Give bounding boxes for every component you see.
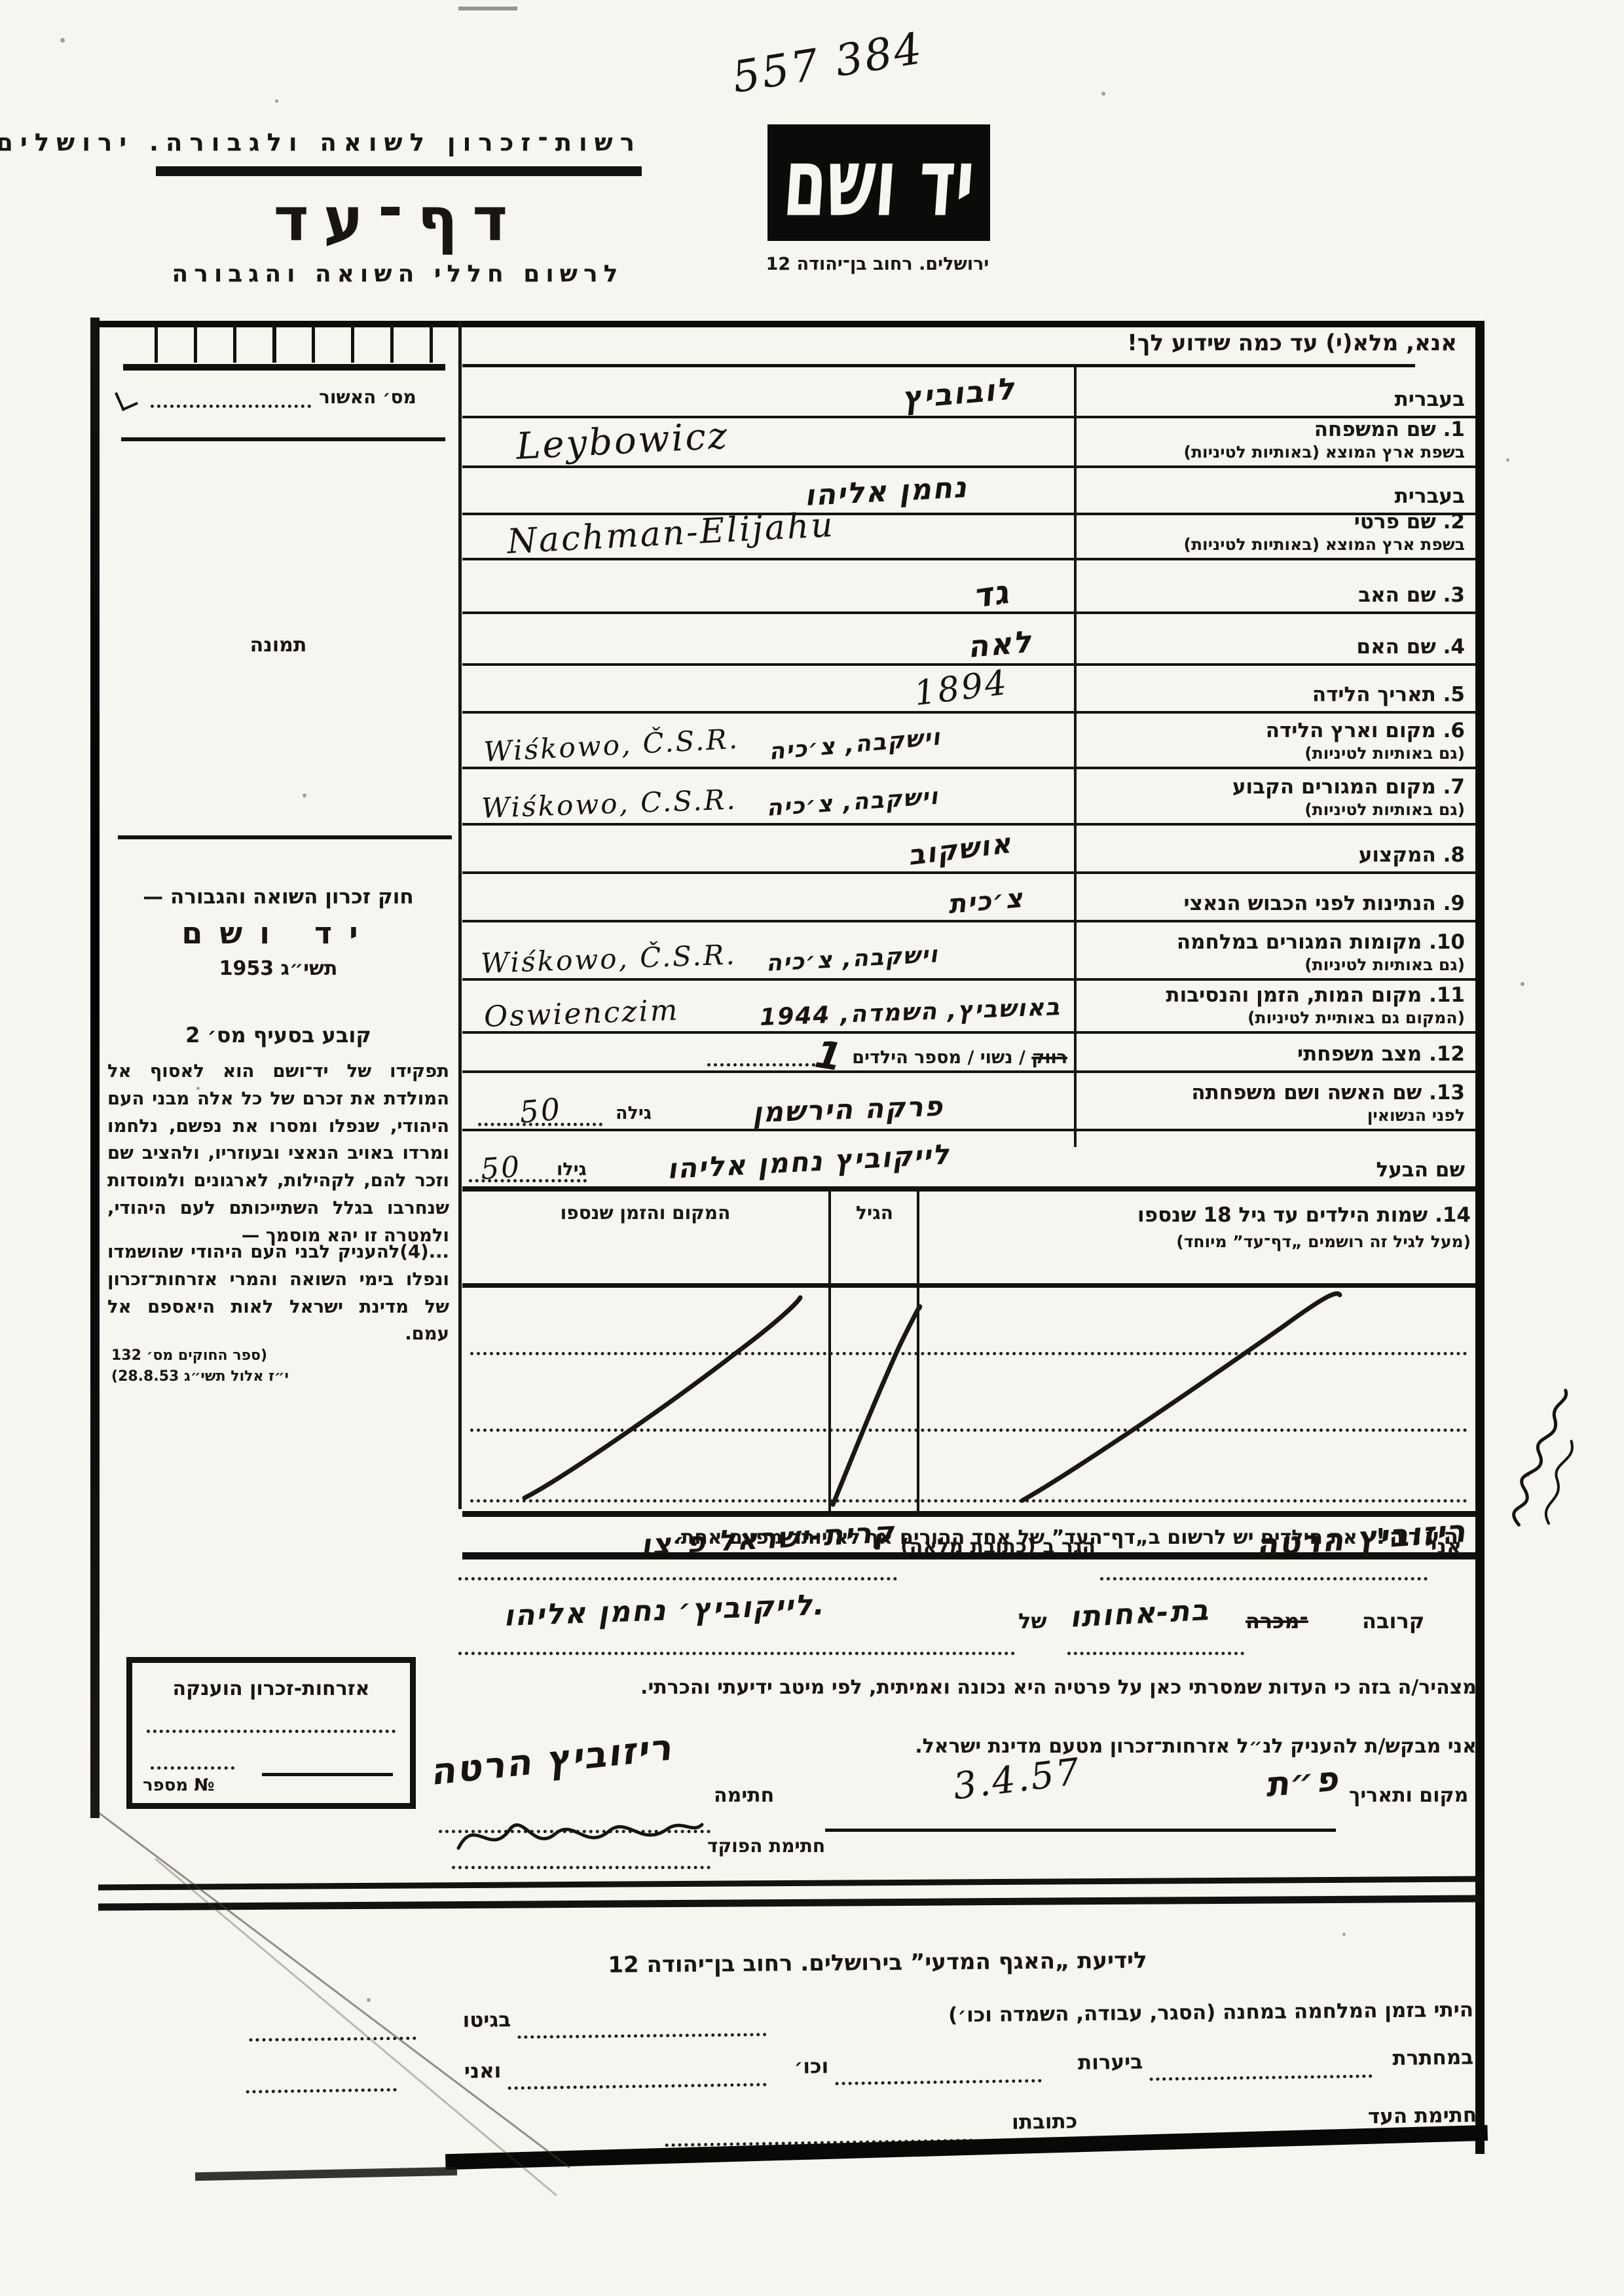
citizenship-number-label: מספר № (143, 1776, 215, 1795)
registrar-signature-line (452, 1866, 710, 1869)
law-ref-2: י״ז אלול תשי״ג 28.8.53) (111, 1368, 289, 1385)
ink-mark (115, 386, 138, 411)
camp-answer-line (517, 2033, 766, 2039)
witness-signature-line: חתימת העד כתובתו (196, 2104, 1480, 2124)
of-label: של (1018, 1609, 1047, 1633)
children-count-line (707, 1063, 828, 1066)
row-first-name-hebrew: בעברית נחמן אליהו (462, 468, 1475, 515)
law-text: תפקידו של יד־ושם הוא לאסוף אל המולדת את … (107, 1058, 449, 1250)
hw-family-name-hebrew: לובוביץ (900, 371, 1017, 416)
sidebar-divider-rule (458, 321, 462, 1509)
citizenship-dotted-line (147, 1730, 396, 1733)
signature-label: חתימה (714, 1784, 774, 1807)
row-residence: 7. מקום המגורים הקבוע(גם באותיות לטיניות… (462, 769, 1475, 826)
row-mother-name: 4. שם האם לאה (462, 614, 1475, 666)
hw-husband-name: לייקוביץ נחמן אליהו (666, 1138, 951, 1185)
hw-war-residence-latin: Wiśkowo, Č.S.R. (480, 938, 737, 979)
registrar-signature-scribble (452, 1805, 707, 1864)
declaration-section: אני ריזוביץ הרטה הגר ב (כתובת מלאה) קרית… (98, 1509, 1481, 1886)
field-rows: בעברית לובוביץ 1. שם המשפחהבשפת ארץ המוצ… (462, 367, 1475, 1192)
testimony-form: מס׳ האשור תמונה חוק זכרון השואה והגבורה … (98, 321, 1481, 1886)
instruction-row: אנא, מלא(י) עד כמה שידוע לך! (462, 321, 1475, 367)
row-husband-name: שם הבעל לייקוביץ נחמן אליהו גילו 50 (462, 1131, 1475, 1192)
form-sidebar: מס׳ האשור תמונה חוק זכרון השואה והגבורה … (98, 321, 458, 1509)
scan-top-mark (458, 7, 517, 10)
forests-answer-line (836, 2079, 1042, 2085)
row-death-place: 11. מקום המות, הזמן והנסיבות(המקום גם בא… (462, 981, 1475, 1034)
law-section: קובע בסעיף מס׳ 2 (98, 1023, 458, 1048)
relation-line (1067, 1652, 1244, 1655)
place-date-label: מקום ותאריך (1349, 1784, 1468, 1807)
notice-title: לידיעת „האגף המדעי” בירושלים. רחוב בן־יה… (386, 1945, 1369, 1980)
her-age-label: גילה (616, 1103, 652, 1123)
number-solid-line (262, 1773, 393, 1776)
law-year: תשי״ג 1953 (98, 957, 458, 980)
hw-family-name-latin: Leybowicz (515, 414, 730, 468)
underground-answer-line (1150, 2075, 1373, 2081)
date-line (825, 1829, 1336, 1832)
photo-label: תמונה (98, 634, 458, 657)
marital-options: רווק / נשוי / מספר הילדים (832, 1048, 1067, 1068)
margin-scrawl (1481, 1377, 1618, 1546)
row-birth-place: 6. מקום וארץ הלידה(גם באותיות לטיניות) W… (462, 714, 1475, 769)
relation-struck-word: ־מכרה (1246, 1609, 1308, 1633)
law-clause: ...(4)להעניק לבני העם היהודי שהושמדו ונפ… (107, 1239, 449, 1348)
his-age-label: גילו (557, 1159, 587, 1180)
authority-line: רשות־זכרון לשואה ולגבורה. ירושלים (154, 128, 642, 156)
resides-label: הגר ב (כתובת מלאה) (900, 1535, 1096, 1558)
approval-number-line (151, 405, 311, 408)
citizenship-box-title: אזרחות-זכרון הוענקה (132, 1677, 410, 1700)
row-birth-date: 5. תאריך הלידה 1894 (462, 666, 1475, 714)
camp-line: היתי בזמן המלחמה במחנה (הסגר, עבודה, השמ… (196, 1998, 1480, 2012)
row-wife-name: 13. שם האשה ושם משפחתהלפני הנשואין פרקה … (462, 1073, 1475, 1131)
authority-underline (156, 166, 642, 176)
row-war-residence: 10. מקומות המגורים במלחמה(גם באותיות לטי… (462, 922, 1475, 981)
witness-name-line (1100, 1577, 1428, 1580)
hw-victim-name: לייקוביץ׳ נחמן אליהו. (503, 1588, 826, 1633)
her-age-line (478, 1123, 602, 1126)
hw-citizenship: צ׳כית (947, 883, 1025, 920)
hw-date: 3.4.57 (951, 1751, 1084, 1808)
memorial-citizenship-box: אזרחות-זכרון הוענקה מספר № (126, 1657, 416, 1809)
row-family-name-latin: 1. שם המשפחהבשפת ארץ המוצא (באותיות לטינ… (462, 418, 1475, 468)
approval-number-label: מס׳ האשור (319, 386, 416, 408)
photo-bottom-rule (118, 835, 452, 839)
hw-wife-name: פרקה הירשמן (752, 1090, 944, 1129)
form-title: דף־עד (154, 185, 642, 255)
bottom-scan-bar (445, 2125, 1488, 2170)
serial-number-handwriting: 557 384 (729, 23, 927, 103)
hw-witness-address: קרית-ישראל פ׳צו (640, 1516, 896, 1562)
approval-underrule (121, 437, 445, 441)
law-logo-text: יד ושם (98, 915, 458, 951)
row-citizenship: 9. הנתינות לפני הכבוש הנאצי צ׳כית (462, 874, 1475, 922)
ghetto-answer-line (249, 2037, 416, 2042)
form-subtitle: לרשום חללי השואה והגבורה (154, 261, 642, 287)
instruction-text: אנא, מלא(י) עד כמה שידוע לך! (1127, 330, 1457, 356)
hw-birth-date: 1894 (912, 663, 1011, 714)
bottom-scan-bar-tail (195, 2167, 457, 2181)
hw-father-name: גד (970, 573, 1012, 615)
hw-birth-place-latin: Wiśkowo, Č.S.R. (483, 723, 740, 768)
address-line (458, 1577, 897, 1580)
his-age-line (469, 1179, 587, 1182)
row-marital-status: 12. מצב משפחתי רווק / נשוי / מספר הילדים… (462, 1034, 1475, 1073)
hw-residence-hebrew: וישקבה, צ׳כיה (766, 784, 940, 822)
hw-residence-latin: Wiśkowo, C.S.R. (481, 783, 737, 824)
hw-profession-line: אושקוב (906, 827, 1014, 871)
hw-relation: בת-אחותו (1069, 1594, 1210, 1634)
row-first-name-latin: 2. שם פרטיבשפת ארץ המוצא (באותיות לטיניו… (462, 515, 1475, 560)
victim-name-line (458, 1652, 1015, 1655)
etc-answer-line (508, 2083, 767, 2090)
logo-address: ירושלים. רחוב בן־יהודה 12 (733, 254, 1022, 274)
scanned-testimony-page: 557 384 רשות־זכרון לשואה ולגבורה. ירושלי… (0, 0, 1624, 2296)
relation-label: קרובה (1362, 1609, 1424, 1633)
hw-mother-name: לאה (966, 624, 1033, 665)
yad-vashem-logo: יד ושם (767, 124, 990, 241)
row-profession: 8. המקצוע אושקוב (462, 826, 1475, 874)
law-ref-1: (ספר החוקים מס׳ 132 (111, 1347, 267, 1364)
number-comb-strip (123, 318, 445, 371)
row-family-name-hebrew: בעברית לובוביץ (462, 367, 1475, 418)
number-dotted-line (151, 1766, 234, 1770)
hw-war-residence-hebrew: וישקבה, צ׳כיה (766, 941, 939, 977)
law-title: חוק זכרון השואה והגבורה — (98, 885, 458, 909)
hw-place: פ״ת (1264, 1759, 1340, 1805)
and-i-answer-line (246, 2088, 397, 2093)
strike-through-marks (462, 1192, 1475, 1511)
registrar-label: חתימת הפוקד (707, 1835, 825, 1857)
form-main-column: אנא, מלא(י) עד כמה שידוע לך! בעברית לובו… (462, 321, 1475, 1509)
hw-death-place-hebrew: באושביץ, השמדה, 1944 (760, 994, 1061, 1031)
row-father-name: 3. שם האב גד (462, 560, 1475, 614)
hw-death-place-latin: Oswienczim (483, 994, 680, 1034)
children-table: 14. שמות הילדים עד גיל 18 שנספו (מעל לגי… (462, 1192, 1475, 1517)
hw-birth-place-hebrew: וישקבה, צ׳כיה (768, 724, 942, 765)
form-bottom-rule-2 (98, 1895, 1481, 1911)
